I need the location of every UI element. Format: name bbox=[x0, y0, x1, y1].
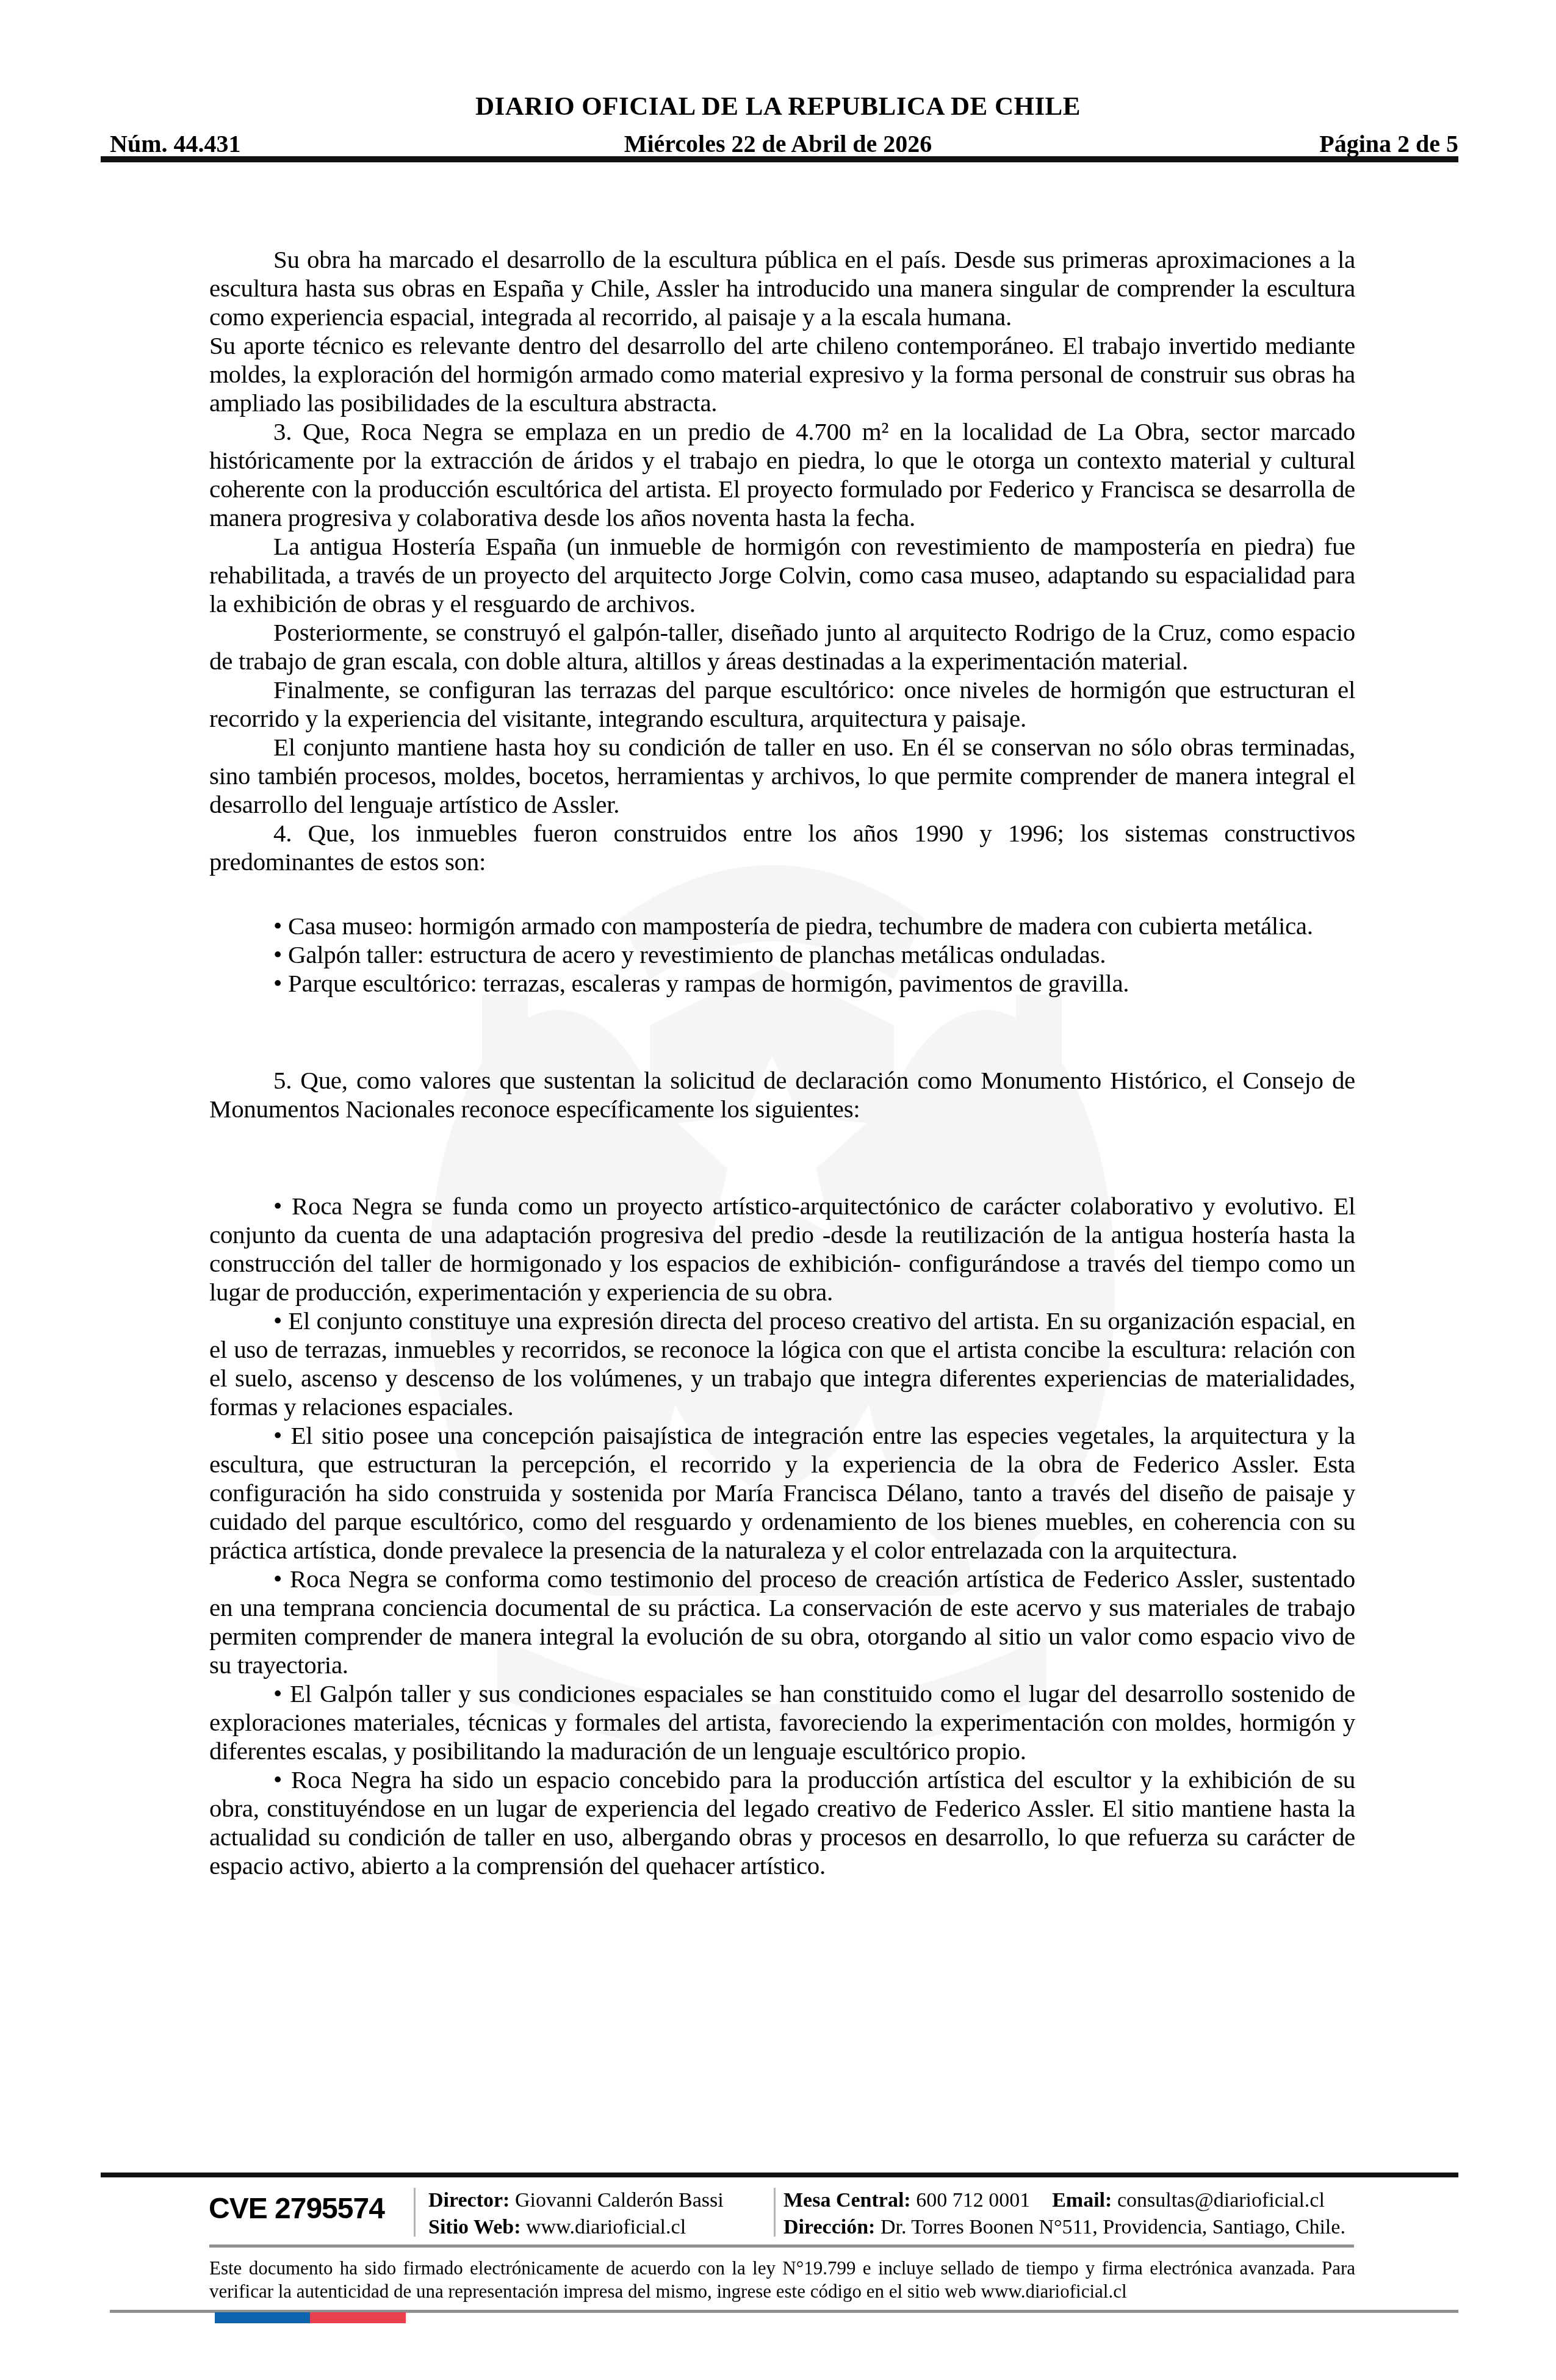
bullet-item: • Roca Negra se conforma como testimonio… bbox=[209, 1565, 1355, 1679]
website-url: www.diarioficial.cl bbox=[526, 2216, 686, 2238]
phone-number: 600 712 0001 bbox=[916, 2189, 1030, 2212]
page-indicator: Página 2 de 5 bbox=[1319, 129, 1458, 158]
footer-divider bbox=[414, 2188, 416, 2237]
paragraph: 5. Que, como valores que sustentan la so… bbox=[209, 1066, 1355, 1123]
document-page: DIARIO OFICIAL DE LA REPUBLICA DE CHILE … bbox=[0, 0, 1556, 2380]
newspaper-title: DIARIO OFICIAL DE LA REPUBLICA DE CHILE bbox=[0, 92, 1556, 121]
director-label: Director: bbox=[428, 2189, 510, 2212]
bullet-item: • Parque escultórico: terrazas, escalera… bbox=[209, 969, 1355, 998]
bullet-item: • El conjunto constituye una expresión d… bbox=[209, 1307, 1355, 1421]
paragraph: Su obra ha marcado el desarrollo de la e… bbox=[209, 245, 1355, 331]
director-name: Giovanni Calderón Bassi bbox=[515, 2189, 724, 2212]
email-label: Email: bbox=[1052, 2189, 1112, 2212]
chile-flag-blue-bar bbox=[215, 2312, 310, 2323]
body-text: Su obra ha marcado el desarrollo de la e… bbox=[209, 245, 1355, 1880]
email-address: consultas@diarioficial.cl bbox=[1117, 2189, 1325, 2212]
director-line: Director: Giovanni Calderón Bassi bbox=[428, 2187, 724, 2214]
chile-flag-red-bar bbox=[310, 2312, 406, 2323]
address-label: Dirección: bbox=[783, 2216, 875, 2238]
cve-code: CVE 2795574 bbox=[209, 2192, 384, 2226]
legal-notice: Este documento ha sido firmado electróni… bbox=[209, 2257, 1355, 2303]
bullet-item: • Roca Negra se funda como un proyecto a… bbox=[209, 1192, 1355, 1307]
paragraph: 3. Que, Roca Negra se emplaza en un pred… bbox=[209, 417, 1355, 532]
paragraph: Posteriormente, se construyó el galpón-t… bbox=[209, 618, 1355, 676]
paragraph: Su aporte técnico es relevante dentro de… bbox=[209, 331, 1355, 417]
bullet-item: • El sitio posee una concepción paisajís… bbox=[209, 1421, 1355, 1565]
bullet-item: • Galpón taller: estructura de acero y r… bbox=[209, 940, 1355, 969]
address-line: Dirección: Dr. Torres Boonen N°511, Prov… bbox=[783, 2214, 1345, 2241]
bottom-grey-rule bbox=[110, 2310, 1458, 2313]
bullet-item: • Casa museo: hormigón armado con mampos… bbox=[209, 912, 1355, 940]
footer-grey-rule bbox=[209, 2245, 1354, 2248]
website-line: Sitio Web: www.diarioficial.cl bbox=[428, 2214, 724, 2241]
header-rule bbox=[101, 156, 1458, 162]
phone-email-line: Mesa Central: 600 712 0001Email: consult… bbox=[783, 2187, 1345, 2214]
paragraph: 4. Que, los inmuebles fueron construidos… bbox=[209, 819, 1355, 876]
footer-contact-block: Mesa Central: 600 712 0001Email: consult… bbox=[783, 2187, 1345, 2241]
footer-top-rule bbox=[101, 2173, 1458, 2177]
footer-director-block: Director: Giovanni Calderón Bassi Sitio … bbox=[428, 2187, 724, 2241]
paragraph: Finalmente, se configuran las terrazas d… bbox=[209, 676, 1355, 733]
phone-label: Mesa Central: bbox=[783, 2189, 911, 2212]
footer-divider bbox=[774, 2188, 776, 2237]
bullet-item: • Roca Negra ha sido un espacio concebid… bbox=[209, 1765, 1355, 1880]
address-value: Dr. Torres Boonen N°511, Providencia, Sa… bbox=[881, 2216, 1345, 2238]
paragraph: La antigua Hostería España (un inmueble … bbox=[209, 532, 1355, 618]
website-label: Sitio Web: bbox=[428, 2216, 520, 2238]
paragraph: El conjunto mantiene hasta hoy su condic… bbox=[209, 733, 1355, 819]
bullet-item: • El Galpón taller y sus condiciones esp… bbox=[209, 1679, 1355, 1765]
